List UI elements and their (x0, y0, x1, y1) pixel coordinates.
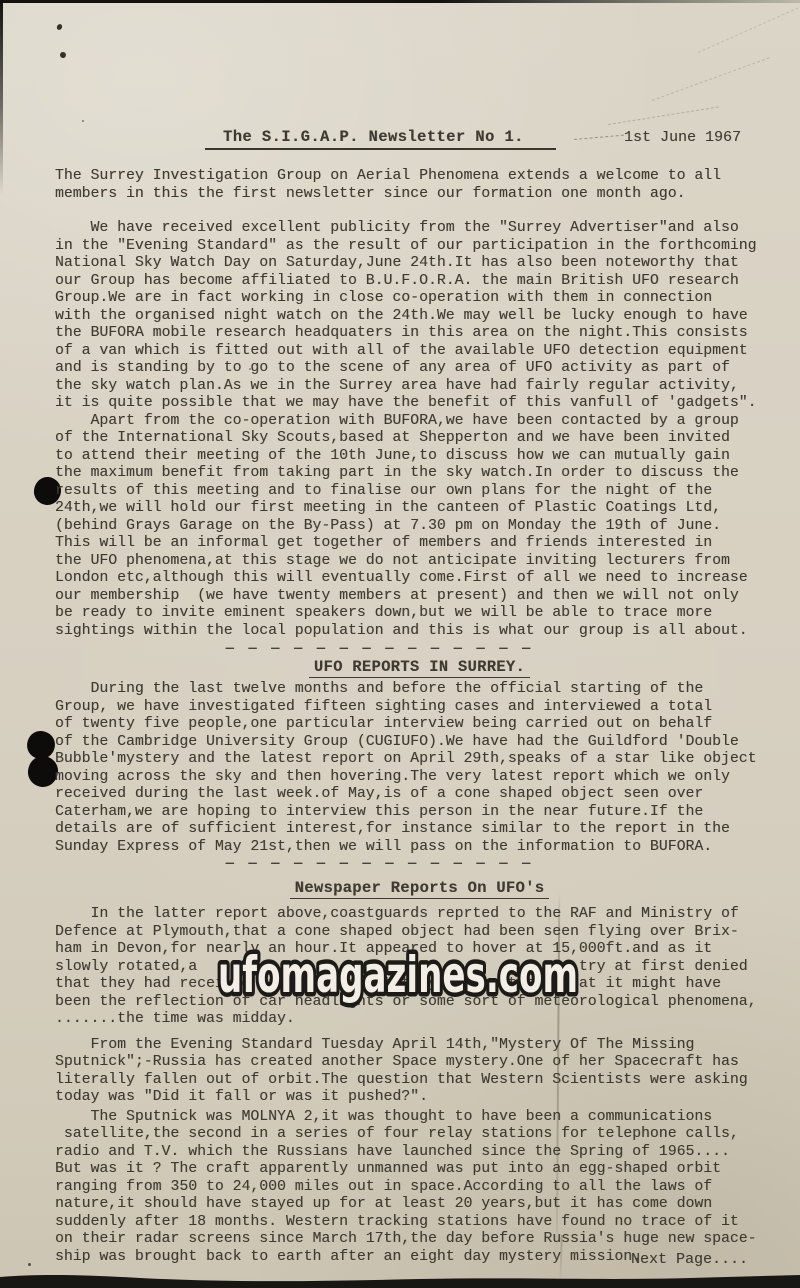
paper-speck (59, 51, 67, 59)
issue-date: 1st June 1967 (624, 129, 741, 146)
text-line: satellite,the second in a series of four… (55, 1126, 760, 1144)
text-line: literally fallen out of orbit.The questi… (55, 1072, 760, 1090)
text-line: be ready to invite eminent speakers down… (55, 605, 760, 623)
text-line: nature,it should have stayed up for at l… (55, 1196, 760, 1214)
text-line: National Sky Watch Day on Saturday,June … (55, 255, 760, 273)
newsletter-page: The S.I.G.A.P. Newsletter No 1. 1st June… (0, 0, 800, 1288)
text-line: (behind Grays Garage on the By-Pass) at … (55, 518, 760, 536)
text-line: of a van which is fitted out with all of… (55, 343, 760, 361)
text-line: our membership (we have twenty members a… (55, 588, 760, 606)
crease-mark (652, 57, 770, 101)
text-line: 24th,we will hold our first meeting in t… (55, 500, 760, 518)
evening-standard-paragraph: From the Evening Standard Tuesday April … (55, 1037, 760, 1107)
text-line: radio and T.V. which the Russians have l… (55, 1144, 760, 1162)
text-line: Apart from the co-operation with BUFORA,… (55, 413, 760, 431)
document-body: The Surrey Investigation Group on Aerial… (55, 168, 760, 1266)
text-line: We have received excellent publicity fro… (55, 220, 760, 238)
heading-row: Newspaper Reports On UFO's (67, 878, 772, 898)
text-line: But was it ? The craft apparently unmann… (55, 1161, 760, 1179)
title-row: The S.I.G.A.P. Newsletter No 1. (205, 128, 556, 150)
text-line: Group.We are in fact working in close co… (55, 290, 760, 308)
next-page-note: Next Page.... (631, 1251, 748, 1268)
text-line: and is standing by to go to the scene of… (55, 360, 760, 378)
watermark-text: ufomagazines.com (218, 946, 578, 1004)
text-line: with the organised night watch on the 24… (55, 308, 760, 326)
section-divider: — — — — — — — — — — — — — — (27, 857, 732, 872)
scan-edge-top (0, 0, 800, 3)
crease-mark (574, 135, 624, 140)
newspaper-reports-heading: Newspaper Reports On UFO's (290, 879, 550, 899)
text-line: ranging from 350 to 24,000 miles out in … (55, 1179, 760, 1197)
text-line: suddenly after 18 months. Western tracki… (55, 1214, 760, 1232)
crease-mark (698, 5, 800, 53)
scan-edge-bottom (0, 1272, 800, 1288)
publicity-paragraph: We have received excellent publicity fro… (55, 220, 760, 413)
text-line: Bubble'mystery and the latest report on … (55, 751, 760, 769)
text-line: .......the time was midday. (55, 1011, 760, 1029)
text-line: moving across the sky and then hovering.… (55, 769, 760, 787)
text-line: results of this meeting and to finalise … (55, 483, 760, 501)
text-line: London etc,although this will eventually… (55, 570, 760, 588)
text-line: in the "Evening Standard" as the result … (55, 238, 760, 256)
text-line: Sputnick";-Russia has created another Sp… (55, 1054, 760, 1072)
text-line: This will be an informal get together of… (55, 535, 760, 553)
text-line: the BUFORA mobile research headquaters i… (55, 325, 760, 343)
text-line: to attend their meeting of the 10th June… (55, 448, 760, 466)
text-line: The Sputnick was MOLNYA 2,it was thought… (55, 1109, 760, 1127)
text-line: our Group has become affiliated to B.U.F… (55, 273, 760, 291)
text-line: the maximum benefit from taking part in … (55, 465, 760, 483)
text-line: the UFO phenomena,at this stage we do no… (55, 553, 760, 571)
newsletter-title: The S.I.G.A.P. Newsletter No 1. (205, 128, 556, 150)
text-line: received during the last week.of May,is … (55, 786, 760, 804)
text-line: Group, we have investigated fifteen sigh… (55, 699, 760, 717)
text-line: Caterham,we are hoping to interview this… (55, 804, 760, 822)
text-line: In the latter report above,coastguards r… (55, 906, 760, 924)
text-line: today was "Did it fall or was it pushed?… (55, 1089, 760, 1107)
surrey-reports-paragraph: During the last twelve months and before… (55, 681, 760, 856)
text-line: Sunday Express of May 21st,then we will … (55, 839, 760, 857)
paper-speck (28, 1263, 31, 1266)
heading-row: UFO REPORTS IN SURREY. (67, 657, 772, 677)
crease-mark (608, 106, 719, 125)
text-line: members in this the first newsletter sin… (55, 186, 760, 204)
text-line: of the International Sky Scouts,based at… (55, 430, 760, 448)
text-line: of twenty five people,one particular int… (55, 716, 760, 734)
paper-speck (56, 23, 63, 31)
text-line: During the last twelve months and before… (55, 681, 760, 699)
sky-scouts-paragraph: Apart from the co-operation with BUFORA,… (55, 413, 760, 641)
text-line: of the Cambridge University Group (CUGIU… (55, 734, 760, 752)
text-line: the sky watch plan.As we in the Surrey a… (55, 378, 760, 396)
watermark: ufomagazines.com (203, 938, 593, 1012)
text-line: The Surrey Investigation Group on Aerial… (55, 168, 760, 186)
paper-speck (82, 120, 84, 122)
text-line: From the Evening Standard Tuesday April … (55, 1037, 760, 1055)
text-line: sightings within the local population an… (55, 623, 760, 641)
text-line: it is quite possible that we may have th… (55, 395, 760, 413)
intro-paragraph: The Surrey Investigation Group on Aerial… (55, 168, 760, 203)
scan-edge-left (0, 0, 3, 195)
section-divider: — — — — — — — — — — — — — — (27, 642, 732, 657)
surrey-reports-heading: UFO REPORTS IN SURREY. (309, 658, 530, 678)
text-line: on their radar screens since March 17th,… (55, 1231, 760, 1249)
text-line: details are of sufficient interest,for i… (55, 821, 760, 839)
molnya-paragraph: The Sputnick was MOLNYA 2,it was thought… (55, 1109, 760, 1267)
